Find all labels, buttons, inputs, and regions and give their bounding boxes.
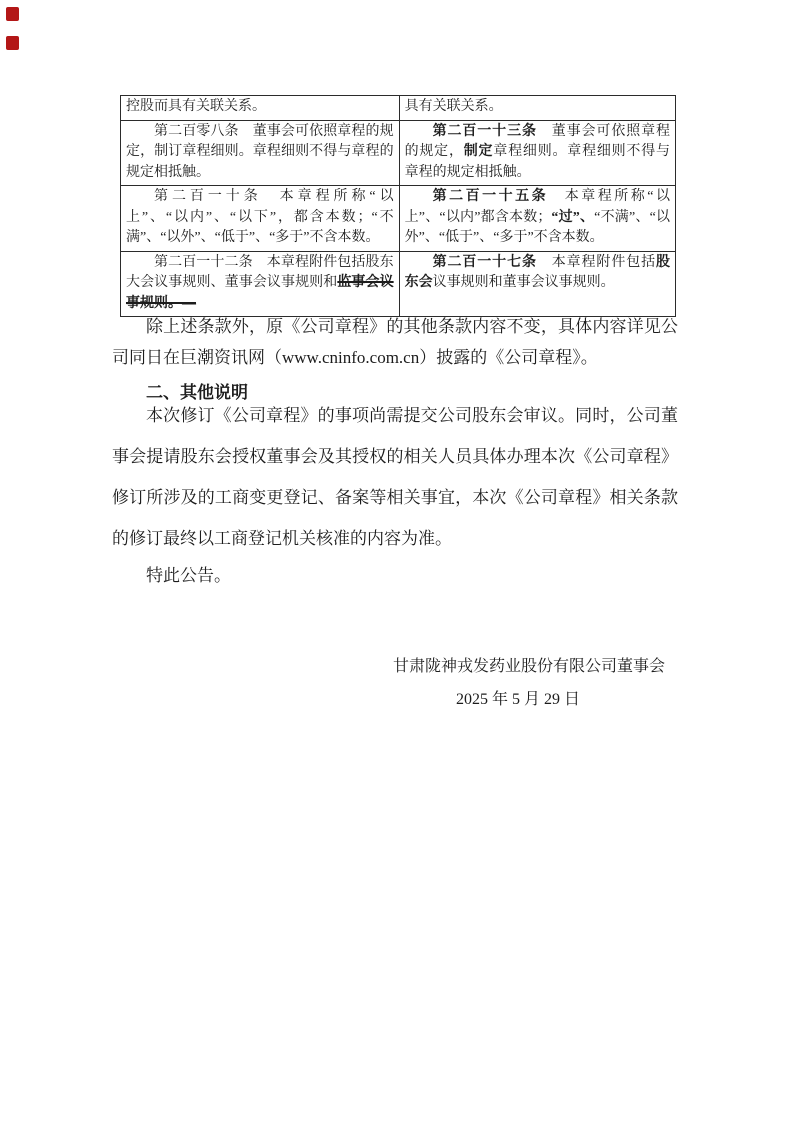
cell-text: 议事规则和董事会议事规则。 — [433, 275, 615, 290]
cell-text: 第二百一十条 本章程所称“以上”、“以内”、“以下”，都含本数；“不满”、“以外… — [126, 189, 394, 245]
revised-article-cell: 第二百一十七条 本章程附件包括股东会议事规则和董事会议事规则。 — [399, 251, 675, 317]
table-row: 第二百一十条 本章程所称“以上”、“以内”、“以下”，都含本数；“不满”、“以外… — [121, 186, 676, 252]
revised-article-cell: 第二百一十三条 董事会可依照章程的规定，制定章程细则。章程细则不得与章程的规定相… — [399, 120, 675, 186]
closing-statement: 特此公告。 — [112, 560, 678, 591]
signature-date: 2025 年 5 月 29 日 — [112, 684, 678, 715]
article-number: 第二百一十七条 — [433, 255, 537, 270]
red-annotation-mark-icon — [6, 36, 19, 50]
disclosure-paragraph: 除上述条款外，原《公司章程》的其他条款内容不变，具体内容详见公司同日在巨潮资讯网… — [112, 311, 678, 373]
signature-company: 甘肃陇神戎发药业股份有限公司董事会 — [112, 651, 678, 682]
article-number: 第二百一十五条 — [433, 189, 549, 204]
original-article-cell: 第二百一十二条 本章程附件包括股东大会议事规则、董事会议事规则和监事会议事规则。… — [121, 251, 400, 317]
cell-text: 第二百零八条 董事会可依照章程的规定，制订章程细则。章程细则不得与章程的规定相抵… — [126, 124, 394, 180]
original-article-cell: 第二百零八条 董事会可依照章程的规定，制订章程细则。章程细则不得与章程的规定相抵… — [121, 120, 400, 186]
cell-text: 具有关联关系。 — [405, 99, 503, 114]
article-number: 第二百一十三条 — [433, 124, 537, 139]
cell-text: 本章程附件包括 — [537, 255, 656, 270]
original-article-cell: 第二百一十条 本章程所称“以上”、“以内”、“以下”，都含本数；“不满”、“以外… — [121, 186, 400, 252]
table-row: 第二百零八条 董事会可依照章程的规定，制订章程细则。章程细则不得与章程的规定相抵… — [121, 120, 676, 186]
amended-term: “过”、 — [551, 210, 594, 225]
table-row: 控股而具有关联关系。 具有关联关系。 — [121, 96, 676, 121]
revised-article-cell: 具有关联关系。 — [399, 96, 675, 121]
revised-article-cell: 第二百一十五条 本章程所称“以上”、“以内”都含本数；“过”、“不满”、“以外”… — [399, 186, 675, 252]
articles-comparison-table: 控股而具有关联关系。 具有关联关系。 第二百零八条 董事会可依照章程的规定，制订… — [120, 95, 676, 317]
original-article-cell: 控股而具有关联关系。 — [121, 96, 400, 121]
cell-text: 控股而具有关联关系。 — [126, 99, 266, 114]
red-annotation-mark-icon — [6, 7, 19, 21]
table-row: 第二百一十二条 本章程附件包括股东大会议事规则、董事会议事规则和监事会议事规则。… — [121, 251, 676, 317]
amended-term: 制定 — [464, 144, 494, 159]
other-notes-paragraph: 本次修订《公司章程》的事项尚需提交公司股东会审议。同时，公司董事会提请股东会授权… — [112, 395, 678, 559]
document-page: 控股而具有关联关系。 具有关联关系。 第二百零八条 董事会可依照章程的规定，制订… — [0, 0, 794, 1122]
